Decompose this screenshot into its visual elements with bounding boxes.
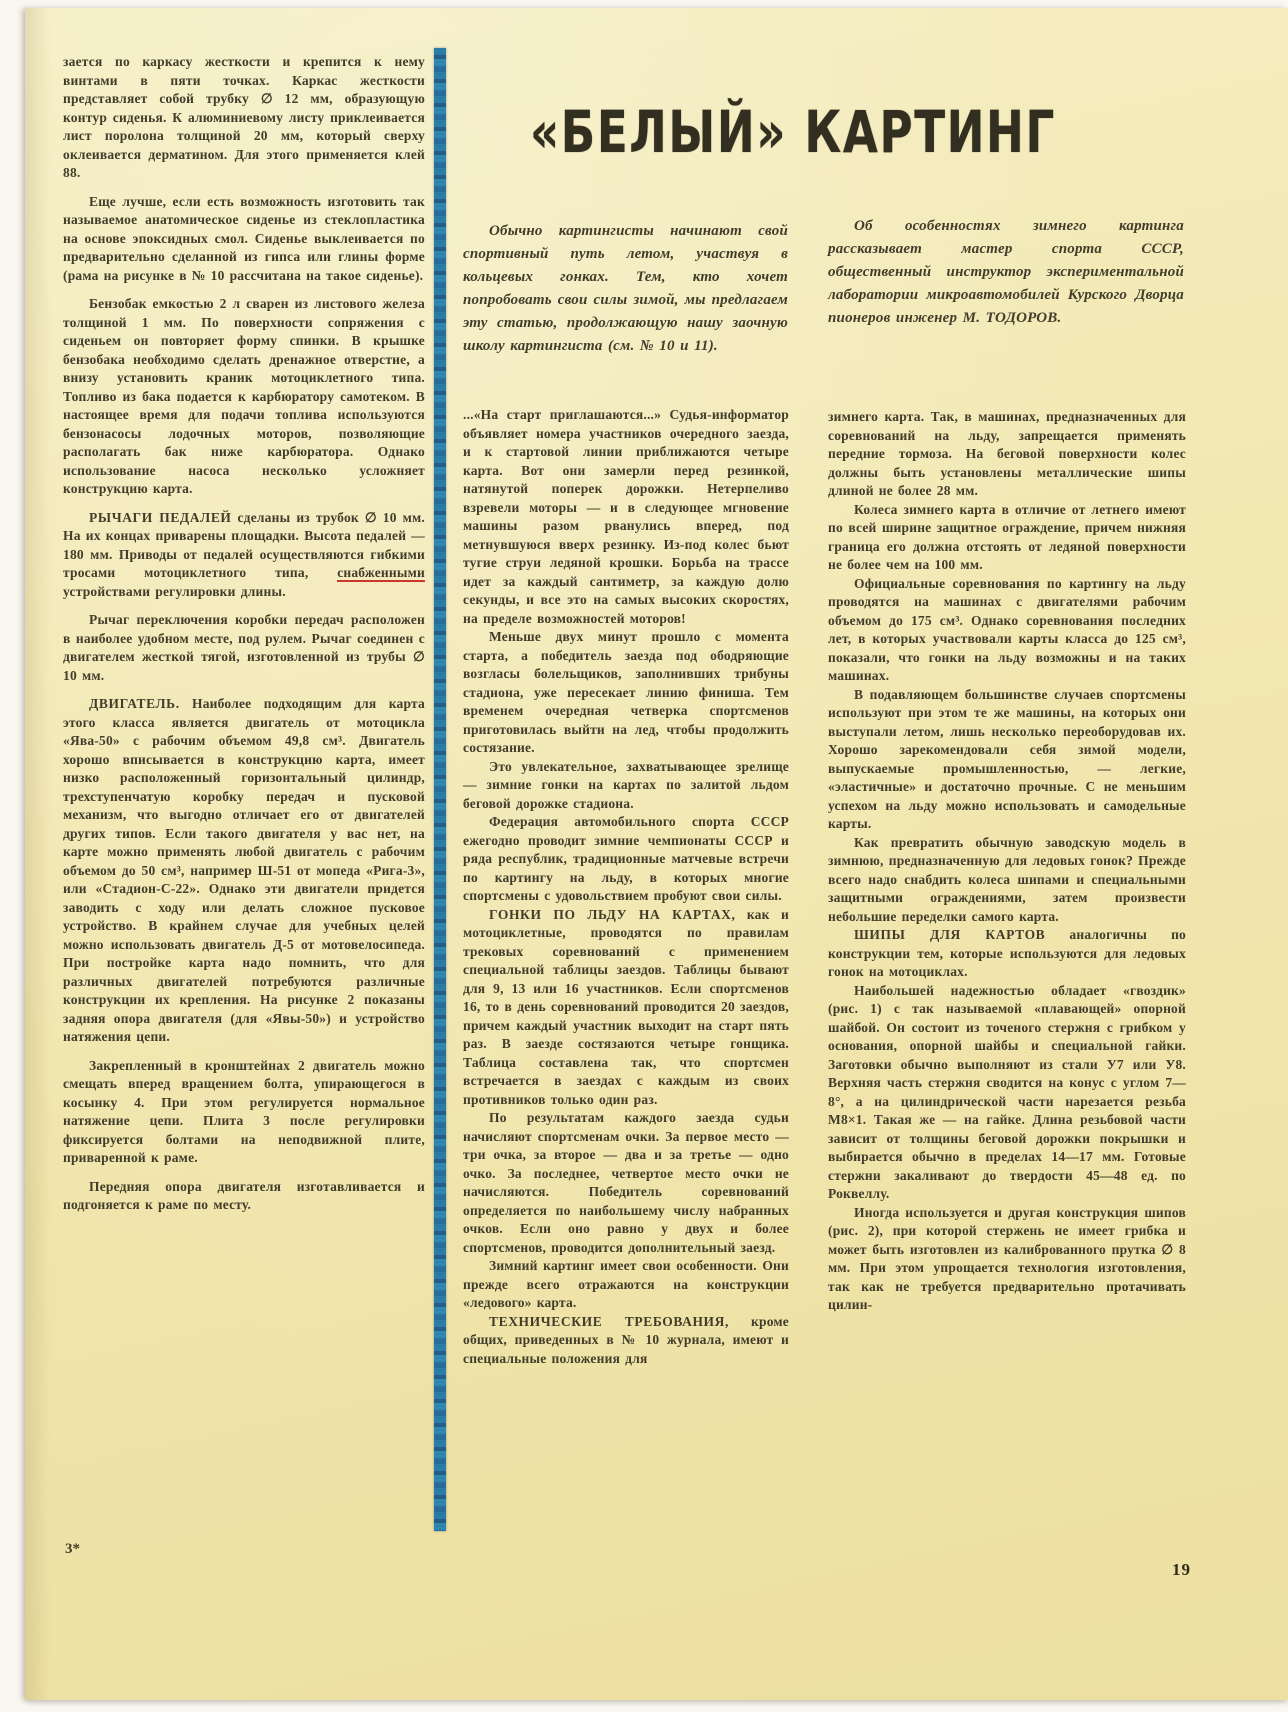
paragraph: Это увлекательное, захватывающее зрелище… xyxy=(463,758,789,814)
paragraph: Наибольшей надежностью обладает «гвоздик… xyxy=(828,982,1186,1204)
left-column: зается по каркасу жесткости и крепится к… xyxy=(63,53,425,1215)
paragraph: В подавляющем большинстве случаев спортс… xyxy=(828,686,1186,834)
article-title: «БЕЛЫЙ» КАРТИНГ xyxy=(530,95,1090,169)
paragraph: По результатам каждого заезда судьи начи… xyxy=(463,1109,789,1257)
paragraph: ...«На старт приглашаются...» Судья-инфо… xyxy=(463,406,789,628)
run-in-heading: ГОНКИ ПО ЛЬДУ НА КАРТАХ, xyxy=(489,907,736,922)
paragraph: РЫЧАГИ ПЕДАЛЕЙ сделаны из трубок ∅ 10 мм… xyxy=(63,509,425,602)
paragraph: Закрепленный в кронштейнах 2 двигатель м… xyxy=(63,1057,425,1168)
paragraph: Федерация автомобильного спорта СССР еже… xyxy=(463,813,789,906)
paragraph: ДВИГАТЕЛЬ. Наиболее подходящим для карта… xyxy=(63,695,425,1047)
paragraph: ТЕХНИЧЕСКИЕ ТРЕБОВАНИЯ, кроме общих, при… xyxy=(463,1313,789,1369)
paragraph: Меньше двух минут прошло с момента старт… xyxy=(463,628,789,758)
run-in-heading: ШИПЫ ДЛЯ КАРТОВ xyxy=(854,927,1045,942)
middle-column: ...«На старт приглашаются...» Судья-инфо… xyxy=(463,406,789,1368)
vertical-rule-divider xyxy=(434,48,446,1531)
run-in-heading: ТЕХНИЧЕСКИЕ ТРЕБОВАНИЯ, xyxy=(489,1314,729,1329)
article-title-text: «БЕЛЫЙ» КАРТИНГ xyxy=(530,95,1056,169)
page: «БЕЛЫЙ» КАРТИНГ зается по каркасу жестко… xyxy=(25,8,1288,1700)
paragraph: Передняя опора двигателя изготавливается… xyxy=(63,1178,425,1215)
paragraph: Иногда используется и другая конструкция… xyxy=(828,1204,1186,1315)
paragraph: ШИПЫ ДЛЯ КАРТОВ аналогичны по конструкци… xyxy=(828,926,1186,982)
paragraph: Официальные соревнования по картингу на … xyxy=(828,575,1186,686)
paragraph: ГОНКИ ПО ЛЬДУ НА КАРТАХ, как и мотоцикле… xyxy=(463,906,789,1110)
right-column: зимнего карта. Так, в машинах, предназна… xyxy=(828,408,1186,1315)
paragraph: Бензобак емкостью 2 л сварен из листовог… xyxy=(63,295,425,499)
signature-mark: 3* xyxy=(65,1540,80,1558)
paragraph: Рычаг переключения коробки передач распо… xyxy=(63,611,425,685)
run-in-heading: РЫЧАГИ ПЕДАЛЕЙ xyxy=(89,510,232,525)
paragraph: Еще лучше, если есть возможность изготов… xyxy=(63,193,425,286)
magazine-page-scan: { "title":"«БЕЛЫЙ» КАРТИНГ", "intro":{ "… xyxy=(0,0,1288,1712)
paragraph: Зимний картинг имеет свои особенности. О… xyxy=(463,1257,789,1313)
page-number: 19 xyxy=(1172,1560,1191,1580)
paragraph: Как превратить обычную заводскую модель … xyxy=(828,834,1186,927)
paragraph: зимнего карта. Так, в машинах, предназна… xyxy=(828,408,1186,501)
run-in-heading: ДВИГАТЕЛЬ. xyxy=(89,696,180,711)
paragraph: зается по каркасу жесткости и крепится к… xyxy=(63,53,425,183)
intro-paragraph-byline: Об особенностях зимнего картинга рассказ… xyxy=(828,215,1184,330)
red-pen-underline-mark: снабженными xyxy=(337,565,425,582)
intro-paragraph-left: Обычно картингисты начинают свой спортив… xyxy=(463,220,788,358)
paragraph: Колеса зимнего карта в отличие от летнег… xyxy=(828,501,1186,575)
